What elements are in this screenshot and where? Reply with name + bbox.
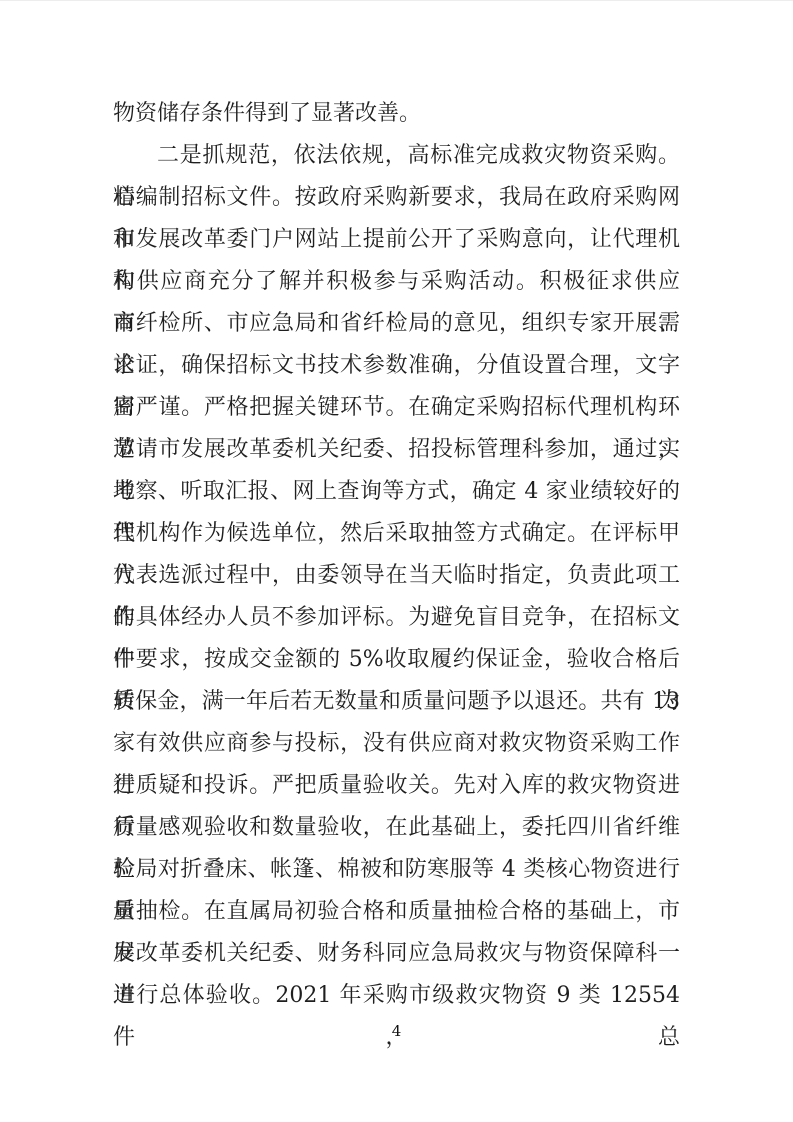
text-line: 和供应商充分了解并积极参与采购活动。积极征求供应商、 [113, 261, 680, 303]
text-line: 代表选派过程中，由委领导在当天临时指定，负责此项工作 [113, 555, 680, 597]
text-line: 密严谨。严格把握关键环节。在确定采购招标代理机构环节， [113, 387, 680, 429]
text-line: 家有效供应商参与投标，没有供应商对救灾物资采购工作进 [113, 723, 680, 765]
document-page: 物资储存条件得到了显著改善。 二是抓规范，依法依规，高标准完成救灾物资采购。精 … [0, 0, 793, 1122]
text-line: 量抽检。在直属局初验合格和质量抽检合格的基础上，市发 [113, 891, 680, 933]
text-line: 市发展改革委门户网站上提前公开了采购意向，让代理机构 [113, 219, 680, 261]
text-line: 质量感观验收和数量验收，在此基础上，委托四川省纤维检 [113, 807, 680, 849]
text-line: 质保金，满一年后若无数量和质量问题予以退还。共有 13 [113, 681, 680, 723]
page-number: 4 [392, 1022, 402, 1040]
page-body-text: 物资储存条件得到了显著改善。 二是抓规范，依法依规，高标准完成救灾物资采购。精 … [113, 93, 680, 1017]
text-line: 物资储存条件得到了显著改善。 [113, 93, 680, 135]
text-line: 的具体经办人员不参加评标。为避免盲目竞争，在招标文件 [113, 597, 680, 639]
text-line: 理机构作为候选单位，然后采取抽签方式确定。在评标甲方 [113, 513, 680, 555]
text-line: 论证，确保招标文书技术参数准确，分值设置合理，文字周 [113, 345, 680, 387]
text-line: 二是抓规范，依法依规，高标准完成救灾物资采购。精 [113, 135, 680, 177]
page-footer: 4 [0, 1021, 793, 1040]
text-line: 市纤检所、市应急局和省纤检局的意见，组织专家开展需求 [113, 303, 680, 345]
text-line: 心编制招标文件。按政府采购新要求，我局在政府采购网和 [113, 177, 680, 219]
text-line: 中要求，按成交金额的 5%收取履约保证金，验收合格后转为 [113, 639, 680, 681]
text-line: 行质疑和投诉。严把质量验收关。先对入库的救灾物资进行 [113, 765, 680, 807]
text-line: 进行总体验收。2021 年采购市级救灾物资 9 类 12554 件，总 [113, 975, 680, 1017]
text-line: 考察、听取汇报、网上查询等方式，确定 4 家业绩较好的代 [113, 471, 680, 513]
text-line: 邀请市发展改革委机关纪委、招投标管理科参加，通过实地 [113, 429, 680, 471]
text-line: 展改革委机关纪委、财务科同应急局救灾与物资保障科一道 [113, 933, 680, 975]
text-line: 验局对折叠床、帐篷、棉被和防寒服等 4 类核心物资进行质 [113, 849, 680, 891]
